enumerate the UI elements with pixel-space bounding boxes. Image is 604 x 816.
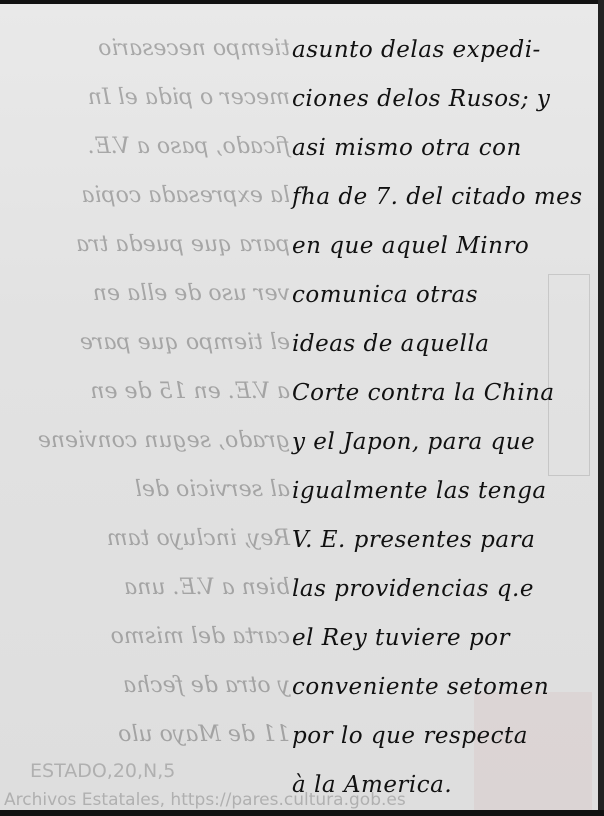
text-line: Corte contra la China xyxy=(292,369,592,418)
text-line: comunica otras xyxy=(292,271,592,320)
bleed-line: tiempo necesario xyxy=(10,24,290,73)
bleed-line: la expresada copia xyxy=(10,171,290,220)
text-line: por lo que respecta xyxy=(292,712,592,761)
scan-border-bottom xyxy=(0,810,604,816)
scan-border-right xyxy=(598,0,604,816)
bleed-line: grado, segun conviene xyxy=(10,416,290,465)
bleed-line: carta del mismo xyxy=(10,612,290,661)
bleed-line: para que pueda tra xyxy=(10,220,290,269)
text-line: el Rey tuviere por xyxy=(292,614,592,663)
bleed-line: 11 de Mayo ulo xyxy=(10,710,290,759)
bleed-line: y otra de fecha xyxy=(10,661,290,710)
text-line: en que aquel Minro xyxy=(292,222,592,271)
bleed-line: ver uso de ella en xyxy=(10,269,290,318)
text-line: conveniente setomen xyxy=(292,663,592,712)
bleed-line: bien a V.E. una xyxy=(10,563,290,612)
text-line: asi mismo otra con xyxy=(292,124,592,173)
bleed-line: mecer o pida el In xyxy=(10,73,290,122)
bleed-line: ficado, paso a V.E. xyxy=(10,122,290,171)
text-line: las providencias q.e xyxy=(292,565,592,614)
archive-reference-watermark: ESTADO,20,N,5 xyxy=(30,760,175,782)
text-line: y el Japon, para que xyxy=(292,418,592,467)
bleed-line: Rey, incluyo tam xyxy=(10,514,290,563)
archive-source-watermark: Archivos Estatales, https://pares.cultur… xyxy=(4,790,406,810)
bleed-line: a V.E. en 15 de en xyxy=(10,367,290,416)
manuscript-page: tiempo necesario mecer o pida el In fica… xyxy=(0,4,598,811)
text-line: fha de 7. del citado mes xyxy=(292,173,592,222)
bleed-line: al servicio del xyxy=(10,465,290,514)
bleed-line: el tiempo que pare xyxy=(10,318,290,367)
text-line: asunto delas expedi- xyxy=(292,26,592,75)
text-line: ideas de aquella xyxy=(292,320,592,369)
text-line: igualmente las tenga xyxy=(292,467,592,516)
text-line: V. E. presentes para xyxy=(292,516,592,565)
bleed-through-text: tiempo necesario mecer o pida el In fica… xyxy=(10,24,290,759)
text-line: ciones delos Rusos; y xyxy=(292,75,592,124)
handwritten-text: asunto delas expedi- ciones delos Rusos;… xyxy=(292,26,592,810)
